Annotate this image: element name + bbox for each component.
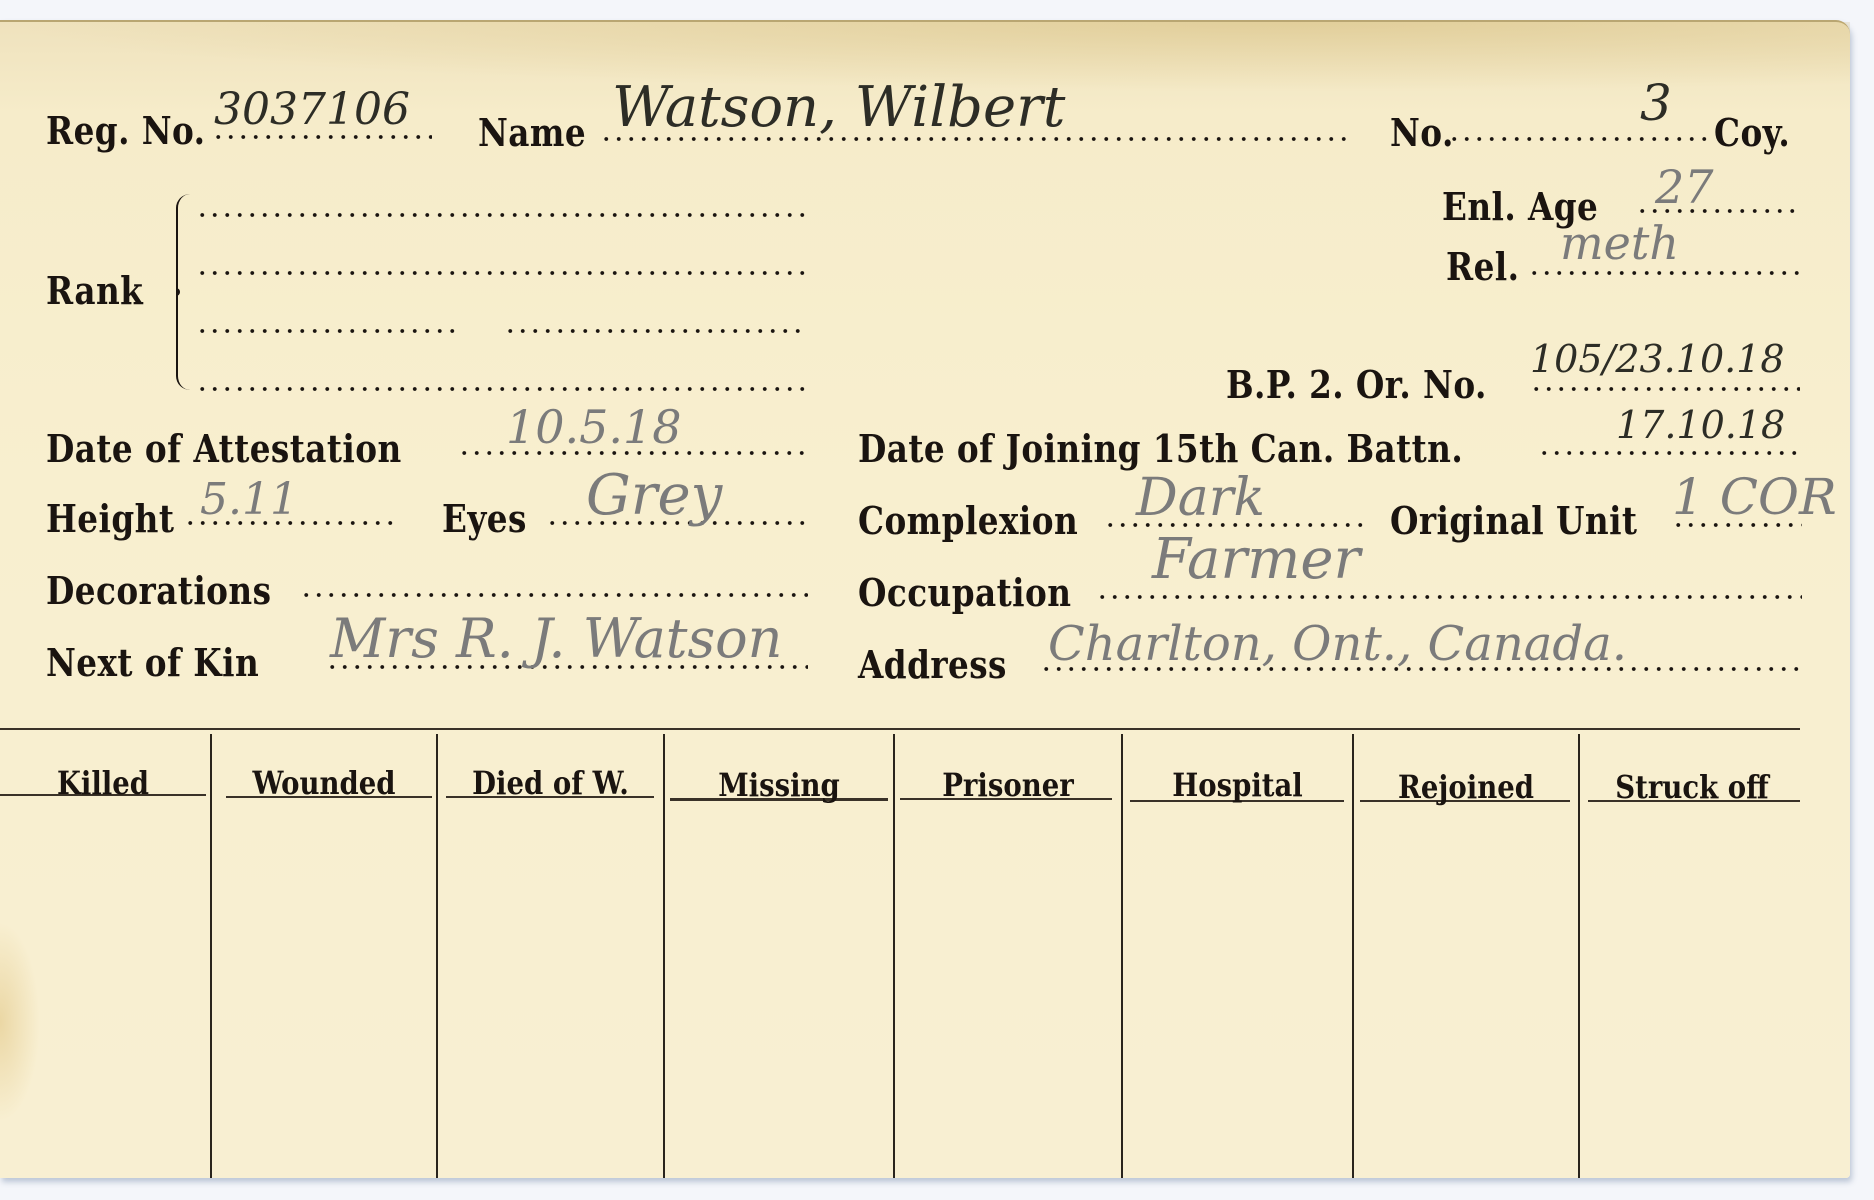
- table-col-divider: [893, 734, 895, 1178]
- table-top-rule: [0, 728, 1800, 730]
- date-of-joining-dots: [1538, 450, 1800, 456]
- rank-label: Rank: [46, 272, 143, 310]
- column-header-missing: Missing: [681, 766, 877, 804]
- column-header-rejoined: Rejoined: [1370, 768, 1563, 806]
- column-header-died-of-wounds: Died of W.: [454, 764, 648, 802]
- company-dots: [1448, 136, 1713, 142]
- religion-dots: [1528, 270, 1801, 276]
- column-header-struck-off: Struck off: [1596, 768, 1789, 806]
- rank-line-3b: [504, 328, 808, 334]
- eyes-value: Grey: [586, 468, 722, 524]
- company-no-label: No.: [1390, 114, 1454, 152]
- date-of-joining-value: 17.10.18: [1616, 406, 1785, 444]
- bp2-or-no-label: B.P. 2. Or. No.: [1226, 366, 1487, 404]
- reg-no-value: 3037106: [214, 88, 410, 132]
- rank-brace-tip: [168, 288, 180, 296]
- column-header-prisoner: Prisoner: [911, 766, 1105, 804]
- height-label: Height: [46, 500, 174, 538]
- column-header-killed: Killed: [14, 764, 191, 802]
- rank-line-3a: [196, 328, 456, 334]
- column-header-wounded: Wounded: [228, 764, 421, 802]
- occupation-label: Occupation: [858, 574, 1071, 612]
- occupation-dots: [1096, 594, 1802, 600]
- table-col-divider: [663, 734, 665, 1178]
- name-label: Name: [478, 114, 586, 152]
- name-value: Watson, Wilbert: [612, 80, 1065, 136]
- rank-line-4: [196, 386, 808, 392]
- column-header-hospital: Hospital: [1139, 766, 1336, 804]
- table-col-divider: [1578, 734, 1580, 1178]
- address-label: Address: [858, 646, 1007, 684]
- enl-age-value: 27: [1655, 164, 1714, 210]
- coy-label: Coy.: [1714, 114, 1790, 152]
- complexion-value: Dark: [1136, 472, 1265, 524]
- table-col-divider: [1352, 734, 1354, 1178]
- rank-line-2: [196, 270, 808, 276]
- decorations-dots: [300, 592, 808, 598]
- service-record-card: Reg. No. 3037106 Name Watson, Wilbert No…: [0, 20, 1850, 1178]
- height-value: 5.11: [200, 478, 298, 522]
- original-unit-value: 1 COR: [1672, 472, 1837, 522]
- company-value: 3: [1640, 78, 1672, 128]
- reg-no-label: Reg. No.: [46, 112, 205, 150]
- next-of-kin-label: Next of Kin: [46, 644, 259, 682]
- original-unit-label: Original Unit: [1390, 502, 1637, 540]
- bp2-or-no-value: 105/23.10.18: [1530, 340, 1785, 378]
- next-of-kin-value: Mrs R. J. Watson: [330, 612, 782, 666]
- complexion-label: Complexion: [858, 502, 1078, 540]
- occupation-value: Farmer: [1152, 532, 1360, 588]
- table-col-divider: [436, 734, 438, 1178]
- decorations-label: Decorations: [46, 572, 271, 610]
- date-of-attestation-value: 10.5.18: [506, 404, 682, 450]
- date-of-attestation-label: Date of Attestation: [46, 430, 402, 468]
- religion-label: Rel.: [1446, 248, 1519, 286]
- rank-line-1: [196, 212, 808, 218]
- address-value: Charlton, Ont., Canada.: [1048, 620, 1627, 668]
- table-col-divider: [1121, 734, 1123, 1178]
- date-of-joining-label: Date of Joining 15th Can. Battn.: [858, 430, 1463, 468]
- eyes-label: Eyes: [442, 500, 527, 538]
- religion-value: meth: [1560, 220, 1679, 266]
- bp2-or-no-dots: [1530, 386, 1800, 392]
- table-col-divider: [210, 734, 212, 1178]
